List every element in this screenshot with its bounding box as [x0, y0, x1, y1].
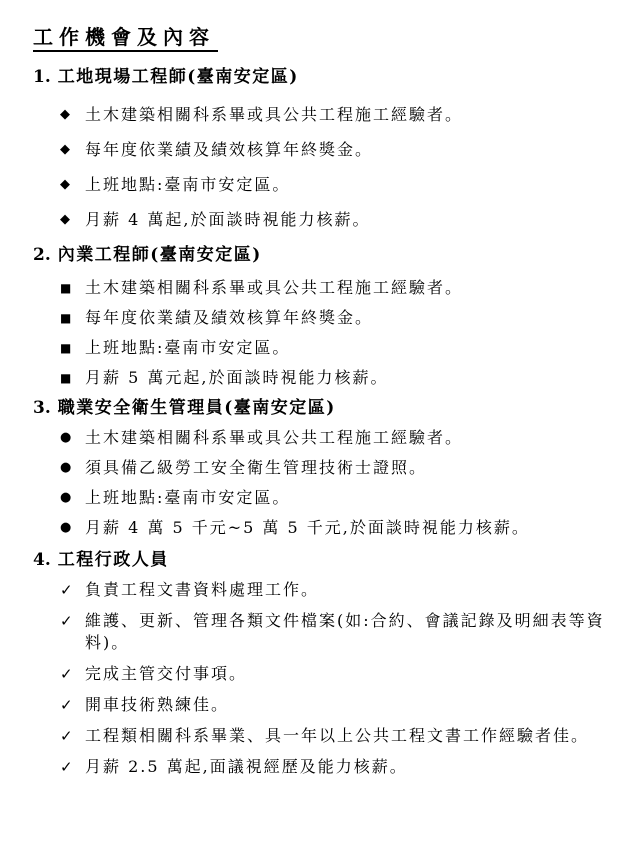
- bullet-list: ■ 土木建築相關科系畢或具公共工程施工經驗者。 ■ 每年度依業績及績效核算年終獎…: [33, 277, 625, 389]
- section-number: 4.: [33, 549, 51, 571]
- section-safety-manager: 3.職業安全衛生管理員(臺南安定區) ● 土木建築相關科系畢或具公共工程施工經驗…: [33, 397, 625, 539]
- list-item-text: 須具備乙級勞工安全衛生管理技術士證照。: [85, 457, 625, 479]
- section-admin-staff: 4.工程行政人員 ✓ 負責工程文書資料處理工作。 ✓ 維護、更新、管理各類文件檔…: [33, 549, 625, 778]
- list-item: ✓ 開車技術熟練佳。: [60, 694, 625, 716]
- black-square-icon: ■: [60, 367, 85, 389]
- list-item: ✓ 完成主管交付事項。: [60, 663, 625, 685]
- black-diamond-icon: ◆: [60, 104, 85, 126]
- bullet-list: ● 土木建築相關科系畢或具公共工程施工經驗者。 ● 須具備乙級勞工安全衛生管理技…: [33, 427, 625, 539]
- black-diamond-icon: ◆: [60, 174, 85, 196]
- list-item: ◆ 上班地點:臺南市安定區。: [60, 174, 625, 196]
- section-title: 工地現場工程師(臺南安定區): [58, 67, 299, 87]
- section-heading: 3.職業安全衛生管理員(臺南安定區): [33, 397, 625, 419]
- list-item-text: 每年度依業績及績效核算年終獎金。: [85, 139, 625, 161]
- list-item-text: 完成主管交付事項。: [85, 663, 625, 685]
- section-number: 1.: [33, 66, 51, 88]
- check-mark-icon: ✓: [60, 756, 85, 778]
- black-square-icon: ■: [60, 337, 85, 359]
- list-item: ● 須具備乙級勞工安全衛生管理技術士證照。: [60, 457, 625, 479]
- list-item: ● 月薪 4 萬 5 千元~5 萬 5 千元,於面談時視能力核薪。: [60, 517, 625, 539]
- black-circle-icon: ●: [60, 517, 85, 539]
- section-number: 3.: [33, 397, 51, 419]
- list-item-text: 土木建築相關科系畢或具公共工程施工經驗者。: [85, 277, 625, 299]
- list-item: ✓ 維護、更新、管理各類文件檔案(如:合約、會議記錄及明細表等資料)。: [60, 610, 625, 654]
- list-item-text: 開車技術熟練佳。: [85, 694, 625, 716]
- list-item: ■ 月薪 5 萬元起,於面談時視能力核薪。: [60, 367, 625, 389]
- bullet-list: ✓ 負責工程文書資料處理工作。 ✓ 維護、更新、管理各類文件檔案(如:合約、會議…: [33, 579, 625, 778]
- black-square-icon: ■: [60, 277, 85, 299]
- section-heading: 4.工程行政人員: [33, 549, 625, 571]
- list-item: ■ 土木建築相關科系畢或具公共工程施工經驗者。: [60, 277, 625, 299]
- black-circle-icon: ●: [60, 487, 85, 509]
- section-title: 職業安全衛生管理員(臺南安定區): [58, 398, 336, 418]
- check-mark-icon: ✓: [60, 694, 85, 716]
- list-item: ■ 上班地點:臺南市安定區。: [60, 337, 625, 359]
- black-square-icon: ■: [60, 307, 85, 329]
- bullet-list: ◆ 土木建築相關科系畢或具公共工程施工經驗者。 ◆ 每年度依業績及績效核算年終獎…: [33, 104, 625, 231]
- list-item-text: 土木建築相關科系畢或具公共工程施工經驗者。: [85, 427, 625, 449]
- list-item: ◆ 土木建築相關科系畢或具公共工程施工經驗者。: [60, 104, 625, 126]
- document-title: 工作機會及內容: [33, 24, 218, 52]
- list-item-text: 上班地點:臺南市安定區。: [85, 487, 625, 509]
- list-item: ◆ 每年度依業績及績效核算年終獎金。: [60, 139, 625, 161]
- list-item-text: 月薪 4 萬 5 千元~5 萬 5 千元,於面談時視能力核薪。: [85, 517, 625, 539]
- list-item-text: 每年度依業績及績效核算年終獎金。: [85, 307, 625, 329]
- list-item: ● 土木建築相關科系畢或具公共工程施工經驗者。: [60, 427, 625, 449]
- list-item-text: 維護、更新、管理各類文件檔案(如:合約、會議記錄及明細表等資料)。: [85, 610, 625, 654]
- list-item: ◆ 月薪 4 萬起,於面談時視能力核薪。: [60, 209, 625, 231]
- section-heading: 1.工地現場工程師(臺南安定區): [33, 66, 625, 88]
- section-number: 2.: [33, 244, 51, 266]
- list-item: ■ 每年度依業績及績效核算年終獎金。: [60, 307, 625, 329]
- section-office-engineer: 2.內業工程師(臺南安定區) ■ 土木建築相關科系畢或具公共工程施工經驗者。 ■…: [33, 244, 625, 389]
- list-item-text: 工程類相關科系畢業、具一年以上公共工程文書工作經驗者佳。: [85, 725, 625, 747]
- list-item-text: 月薪 5 萬元起,於面談時視能力核薪。: [85, 367, 625, 389]
- black-circle-icon: ●: [60, 457, 85, 479]
- list-item-text: 月薪 2.5 萬起,面議視經歷及能力核薪。: [85, 756, 625, 778]
- section-title: 工程行政人員: [58, 550, 169, 570]
- section-title: 內業工程師(臺南安定區): [58, 245, 262, 265]
- check-mark-icon: ✓: [60, 725, 85, 747]
- check-mark-icon: ✓: [60, 610, 85, 632]
- black-diamond-icon: ◆: [60, 139, 85, 161]
- list-item-text: 上班地點:臺南市安定區。: [85, 337, 625, 359]
- list-item: ✓ 負責工程文書資料處理工作。: [60, 579, 625, 601]
- list-item: ● 上班地點:臺南市安定區。: [60, 487, 625, 509]
- black-diamond-icon: ◆: [60, 209, 85, 231]
- check-mark-icon: ✓: [60, 663, 85, 685]
- list-item: ✓ 工程類相關科系畢業、具一年以上公共工程文書工作經驗者佳。: [60, 725, 625, 747]
- list-item-text: 月薪 4 萬起,於面談時視能力核薪。: [85, 209, 625, 231]
- document-page: 工作機會及內容 1.工地現場工程師(臺南安定區) ◆ 土木建築相關科系畢或具公共…: [0, 0, 643, 842]
- list-item-text: 負責工程文書資料處理工作。: [85, 579, 625, 601]
- list-item-text: 土木建築相關科系畢或具公共工程施工經驗者。: [85, 104, 625, 126]
- list-item: ✓ 月薪 2.5 萬起,面議視經歷及能力核薪。: [60, 756, 625, 778]
- section-site-engineer: 1.工地現場工程師(臺南安定區) ◆ 土木建築相關科系畢或具公共工程施工經驗者。…: [33, 66, 625, 231]
- black-circle-icon: ●: [60, 427, 85, 449]
- section-heading: 2.內業工程師(臺南安定區): [33, 244, 625, 266]
- check-mark-icon: ✓: [60, 579, 85, 601]
- list-item-text: 上班地點:臺南市安定區。: [85, 174, 625, 196]
